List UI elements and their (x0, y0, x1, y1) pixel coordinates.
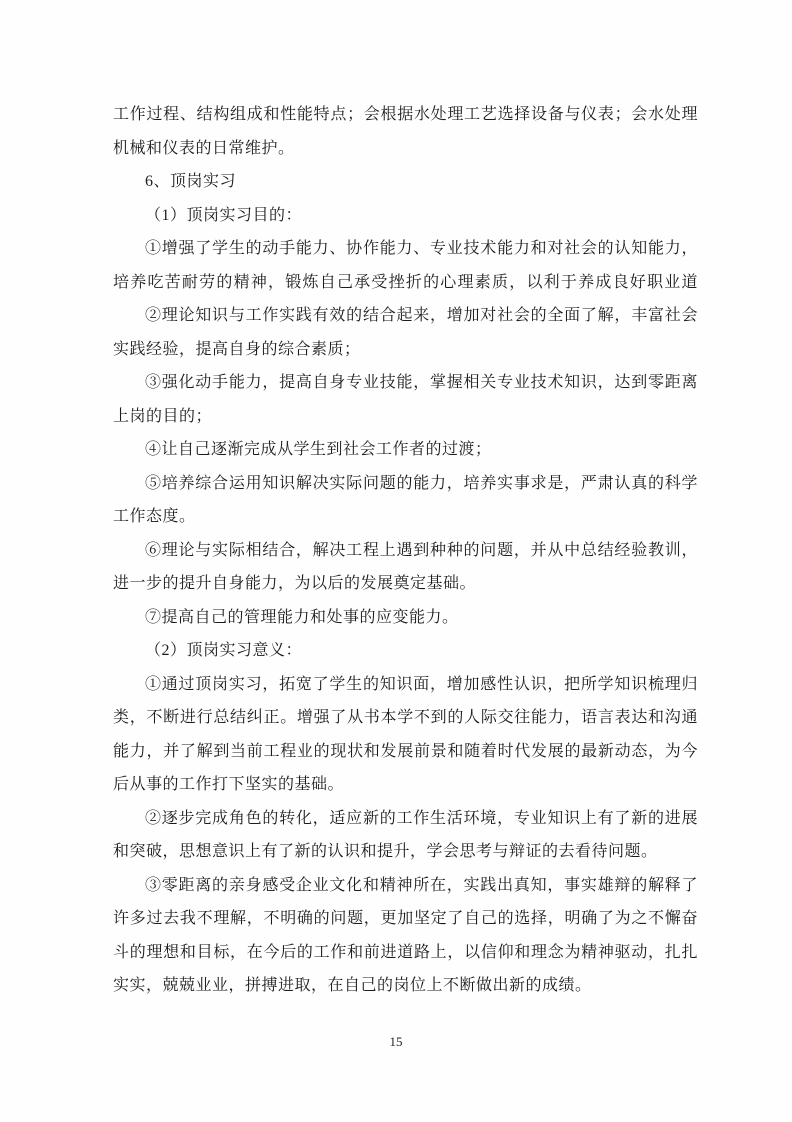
text-line: ①通过顶岗实习，拓宽了学生的知识面，增加感性认识，把所学知识梳理归 (113, 668, 698, 702)
text-line: 6、顶岗实习 (113, 165, 698, 199)
text-line: 工作过程、结构组成和性能特点；会根据水处理工艺选择设备与仪表；会水处理 (113, 98, 698, 132)
text-line: （2）顶岗实习意义： (113, 634, 698, 668)
text-line: 实实，兢兢业业，拼搏进取，在自己的岗位上不断做出新的成绩。 (113, 969, 698, 1003)
text-line: ⑥理论与实际相结合，解决工程上遇到种种的问题，并从中总结经验教训， (113, 534, 698, 568)
text-line: 实践经验，提高自身的综合素质； (113, 333, 698, 367)
document-body: 工作过程、结构组成和性能特点；会根据水处理工艺选择设备与仪表；会水处理机械和仪表… (113, 98, 698, 1003)
text-line: ①增强了学生的动手能力、协作能力、专业技术能力和对社会的认知能力， (113, 232, 698, 266)
document-page: 工作过程、结构组成和性能特点；会根据水处理工艺选择设备与仪表；会水处理机械和仪表… (0, 0, 792, 1122)
text-line: ⑤培养综合运用知识解决实际问题的能力，培养实事求是，严肃认真的科学 (113, 467, 698, 501)
text-line: ④让自己逐渐完成从学生到社会工作者的过渡； (113, 433, 698, 467)
text-line: 培养吃苦耐劳的精神，锻炼自己承受挫折的心理素质，以利于养成良好职业道德； (113, 266, 698, 300)
text-line: ③强化动手能力，提高自身专业技能，掌握相关专业技术知识，达到零距离 (113, 366, 698, 400)
text-line: ⑦提高自己的管理能力和处事的应变能力。 (113, 601, 698, 635)
text-line: 和突破，思想意识上有了新的认识和提升，学会思考与辩证的去看待问题。 (113, 835, 698, 869)
text-line: 机械和仪表的日常维护。 (113, 132, 698, 166)
text-line: 工作态度。 (113, 500, 698, 534)
text-line: ②理论知识与工作实践有效的结合起来，增加对社会的全面了解，丰富社会 (113, 299, 698, 333)
text-line: 后从事的工作打下坚实的基础。 (113, 768, 698, 802)
text-line: 能力，并了解到当前工程业的现状和发展前景和随着时代发展的最新动态，为今 (113, 735, 698, 769)
text-line: （1）顶岗实习目的： (113, 199, 698, 233)
text-line: 许多过去我不理解，不明确的问题，更加坚定了自己的选择，明确了为之不懈奋 (113, 902, 698, 936)
text-line: 斗的理想和目标，在今后的工作和前进道路上，以信仰和理念为精神驱动，扎扎 (113, 936, 698, 970)
text-line: 上岗的目的； (113, 400, 698, 434)
text-line: ②逐步完成角色的转化，适应新的工作生活环境，专业知识上有了新的进展 (113, 802, 698, 836)
text-line: ③零距离的亲身感受企业文化和精神所在，实践出真知，事实雄辩的解释了 (113, 869, 698, 903)
text-line: 类，不断进行总结纠正。增强了从书本学不到的人际交往能力，语言表达和沟通 (113, 701, 698, 735)
text-line: 进一步的提升自身能力，为以后的发展奠定基础。 (113, 567, 698, 601)
page-number: 15 (0, 1034, 792, 1050)
